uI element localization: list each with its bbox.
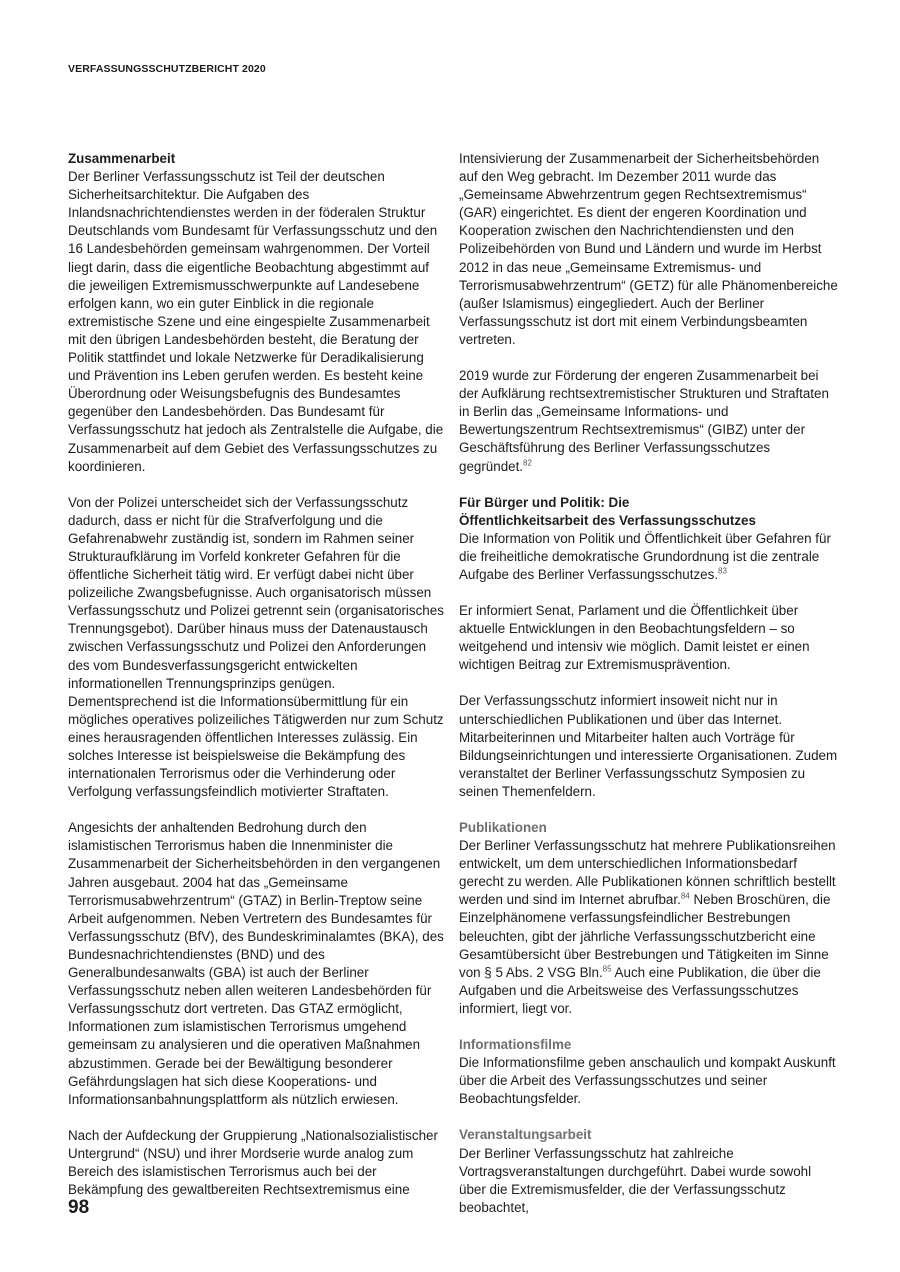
paragraph-gibz: 2019 wurde zur Förderung der engeren Zus… [459,367,841,476]
subsection-publikationen: Publikationen Der Berliner Verfassungssc… [459,819,841,1018]
paragraph-block: Er informiert Senat, Parlament und die Ö… [459,602,841,674]
running-header-title: VERFASSUNGSSCHUTZBERICHT 2020 [68,63,266,75]
section-zusammenarbeit: Zusammenarbeit Der Berliner Verfassungss… [68,150,446,476]
left-column: Zusammenarbeit Der Berliner Verfassungss… [68,150,446,1217]
paragraph-block: Der Verfassungsschutz informiert insowei… [459,692,841,801]
subsection-heading: Informationsfilme [459,1036,841,1054]
subsection-heading: Veranstaltungsarbeit [459,1126,841,1144]
paragraph-block: Angesichts der anhaltenden Bedrohung dur… [68,819,446,1109]
paragraph: Der Berliner Verfassungsschutz hat mehre… [459,837,841,1018]
section-heading: Für Bürger und Politik: Die Öffentlichke… [459,494,759,530]
paragraph: Der Verfassungsschutz informiert insowei… [459,692,841,801]
paragraph: Die Informationsfilme geben anschaulich … [459,1054,841,1108]
section-oeffentlichkeitsarbeit: Für Bürger und Politik: Die Öffentlichke… [459,494,841,584]
paragraph-text: 2019 wurde zur Förderung der engeren Zus… [459,368,829,473]
paragraph-continued: Intensivierung der Zusammenarbeit der Si… [459,150,841,349]
paragraph-block: Intensivierung der Zusammenarbeit der Si… [459,150,841,349]
paragraph-text: Die Information von Politik und Öffentli… [459,531,831,582]
section-heading: Zusammenarbeit [68,150,446,168]
footnote-reference[interactable]: 82 [523,458,532,467]
paragraph: Der Berliner Verfassungsschutz hat zahlr… [459,1145,841,1217]
paragraph: Nach der Aufdeckung der Gruppierung „Nat… [68,1127,446,1199]
footnote-reference[interactable]: 83 [718,567,727,576]
right-column: Intensivierung der Zusammenarbeit der Si… [459,150,841,1235]
footnote-reference[interactable]: 85 [603,964,612,973]
subsection-veranstaltungsarbeit: Veranstaltungsarbeit Der Berliner Verfas… [459,1126,841,1216]
footnote-reference[interactable]: 84 [681,892,690,901]
paragraph: Er informiert Senat, Parlament und die Ö… [459,602,841,674]
paragraph-block: Nach der Aufdeckung der Gruppierung „Nat… [68,1127,446,1199]
paragraph: Der Berliner Verfassungsschutz ist Teil … [68,168,446,476]
section-intro: Die Information von Politik und Öffentli… [459,530,841,584]
subsection-informationsfilme: Informationsfilme Die Informationsfilme … [459,1036,841,1108]
paragraph-block: Von der Polizei unterscheidet sich der V… [68,494,446,802]
paragraph: Angesichts der anhaltenden Bedrohung dur… [68,819,446,1109]
subsection-heading: Publikationen [459,819,841,837]
page-number: 98 [68,1197,89,1219]
paragraph: Von der Polizei unterscheidet sich der V… [68,494,446,802]
paragraph-block: 2019 wurde zur Förderung der engeren Zus… [459,367,841,476]
